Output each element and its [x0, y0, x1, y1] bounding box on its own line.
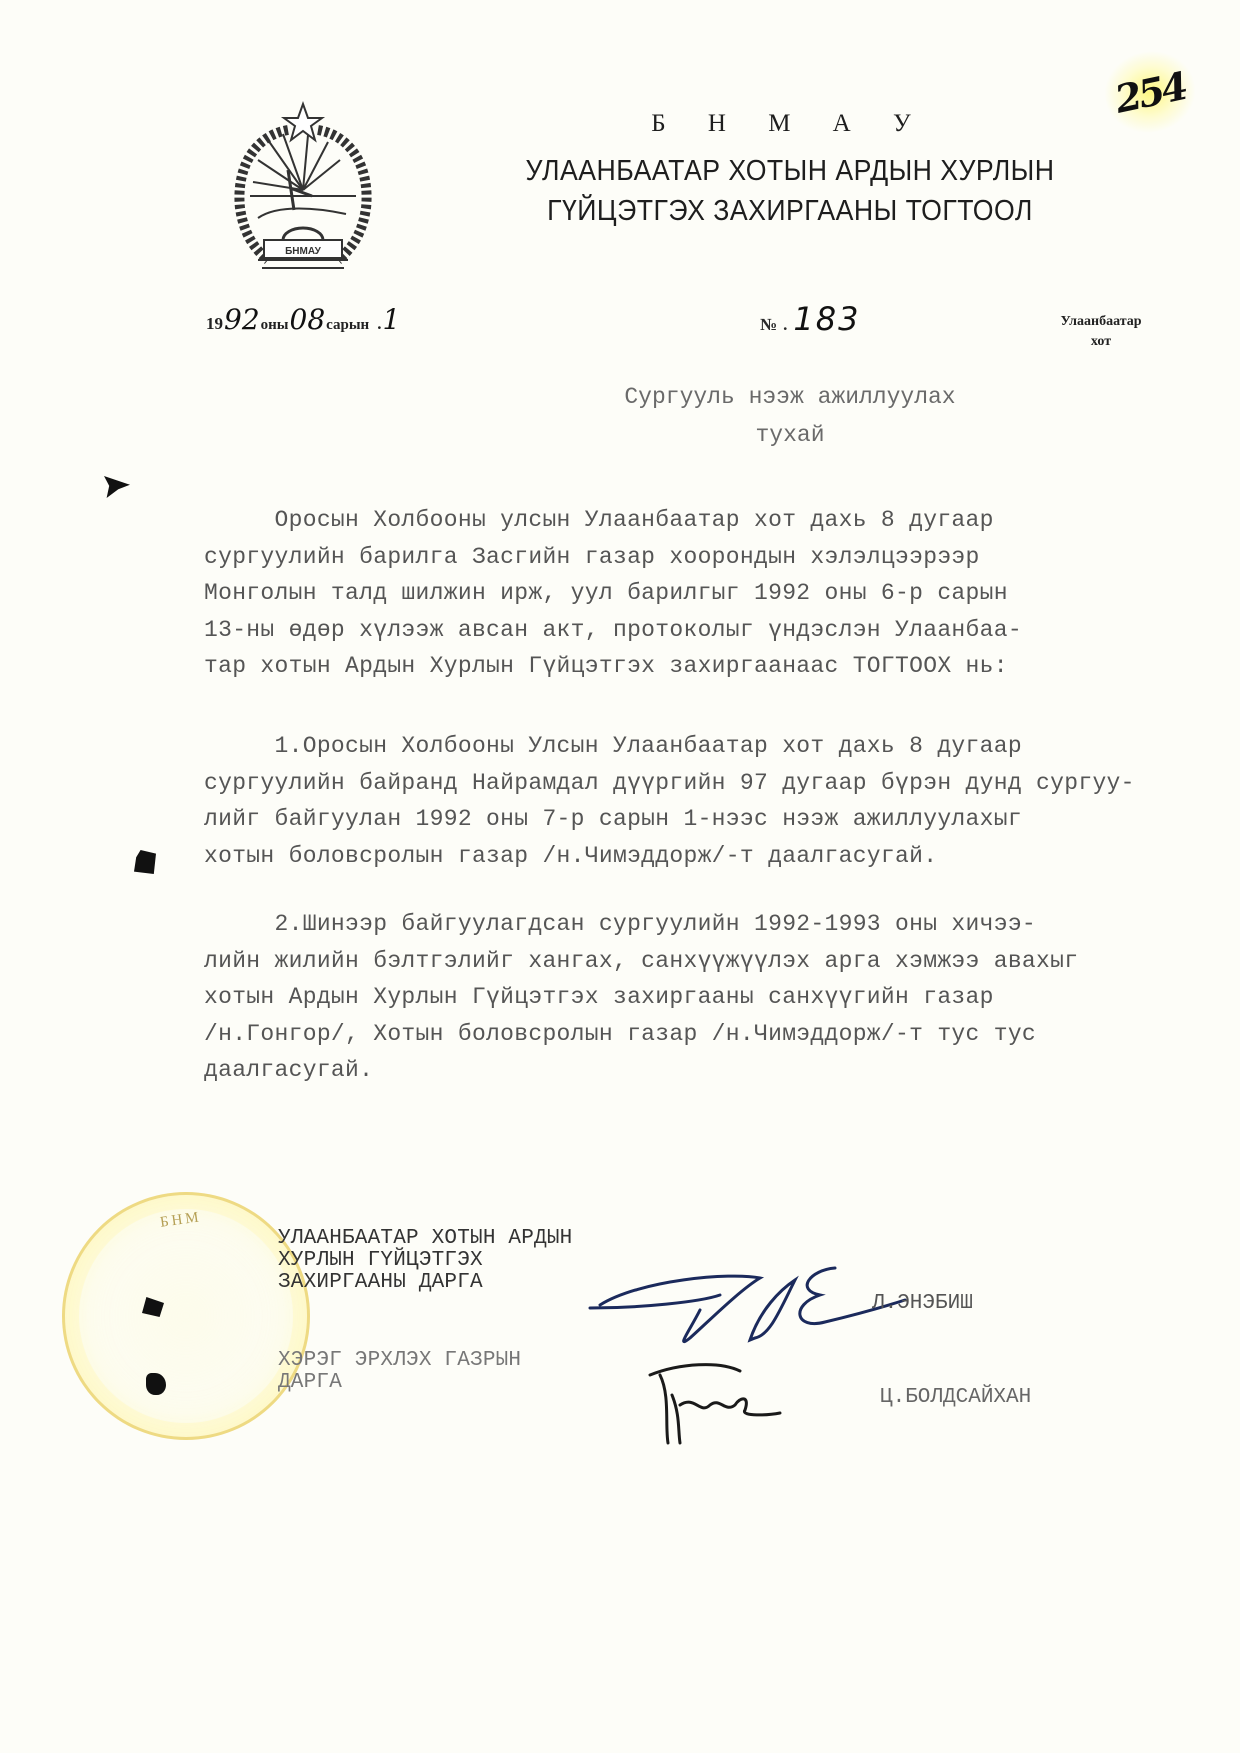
signatory-1-name: Л.ЭНЭБИШ	[872, 1292, 973, 1315]
document-subject: Сургууль нээж ажиллуулах тухай	[560, 378, 1020, 454]
document-number: № . 183	[760, 300, 860, 338]
text-line: даалгасугай.	[204, 1052, 1134, 1089]
preamble-paragraph: Оросын Холбооны улсын Улаанбаатар хот да…	[204, 502, 1134, 685]
text-line: сургуулийн барилга Засгийн газар хооронд…	[204, 539, 1134, 576]
header-title-line2: ГҮЙЦЭТГЭХ ЗАХИРГААНЫ ТОГТООЛ	[496, 195, 1085, 228]
text-line: Монголын талд шилжин ирж, уул барилгыг 1…	[204, 575, 1134, 612]
issue-city: Улаанбаатар хот	[1046, 312, 1156, 352]
date-century: 19	[206, 314, 223, 334]
text-line: 13-ны өдөр хүлээж авсан акт, протоколыг …	[204, 612, 1134, 649]
ink-blot	[146, 1373, 166, 1395]
text-line: 2.Шинээр байгуулагдсан сургуулийн 1992-1…	[204, 906, 1134, 943]
signatory-2-title: ХЭРЭГ ЭРХЛЭХ ГАЗРЫН ДАРГА	[278, 1350, 521, 1394]
margin-mark	[134, 850, 156, 874]
city-line2: хот	[1046, 332, 1156, 352]
text-line: лийн жилийн бэлтгэлийг хангах, санхүүжүү…	[204, 943, 1134, 980]
signatory-2-name: Ц.БОЛДСАЙХАН	[880, 1386, 1031, 1409]
text-line: /н.Гонгор/, Хотын боловсролын газар /н.Ч…	[204, 1016, 1134, 1053]
date-year: 92	[224, 303, 260, 336]
text-line: хотын Ардын Хурлын Гүйцэтгэх захиргааны …	[204, 979, 1134, 1016]
document-date: 19 92 оны 08 сарын . 1	[206, 303, 401, 336]
text-line: тар хотын Ардын Хурлын Гүйцэтгэх захирга…	[204, 648, 1134, 685]
header-title-line1: УЛААНБААТАР ХОТЫН АРДЫН ХУРЛЫН	[496, 155, 1085, 188]
signature-2-icon	[640, 1355, 790, 1445]
text-line: лийг байгуулан 1992 оны 7-р сарын 1-нээс…	[204, 801, 1134, 838]
resolution-item-1: 1.Оросын Холбооны Улсын Улаанбаатар хот …	[204, 728, 1134, 874]
state-emblem-icon: БНМАУ	[228, 100, 378, 280]
resolution-item-2: 2.Шинээр байгуулагдсан сургуулийн 1992-1…	[204, 906, 1134, 1089]
archive-number: 254	[1098, 44, 1203, 141]
date-year-suffix: оны	[261, 317, 289, 334]
header-abbreviation: Б Н М А У	[470, 110, 1110, 138]
date-day: 1	[382, 303, 400, 336]
text-line: 1.Оросын Холбооны Улсын Улаанбаатар хот …	[204, 728, 1134, 765]
number-value: 183	[793, 300, 860, 338]
subject-line1: Сургууль нээж ажиллуулах	[560, 378, 1020, 416]
signature-1-icon	[580, 1250, 910, 1360]
date-month-suffix: сарын	[326, 317, 369, 334]
subject-line2: тухай	[560, 416, 1020, 454]
number-label: №	[760, 315, 777, 335]
text-line: Оросын Холбооны улсын Улаанбаатар хот да…	[204, 502, 1134, 539]
official-stamp	[62, 1192, 310, 1440]
svg-text:БНМАУ: БНМАУ	[285, 246, 322, 257]
date-month: 08	[290, 303, 326, 336]
signatory-1-title: УЛААНБААТАР ХОТЫН АРДЫН ХУРЛЫН ГҮЙЦЭТГЭХ…	[278, 1228, 572, 1294]
margin-mark	[104, 476, 130, 498]
text-line: сургуулийн байранд Найрамдал дүүргийн 97…	[204, 765, 1134, 802]
city-line1: Улаанбаатар	[1046, 312, 1156, 332]
text-line: хотын боловсролын газар /н.Чимэддорж/-т …	[204, 838, 1134, 875]
